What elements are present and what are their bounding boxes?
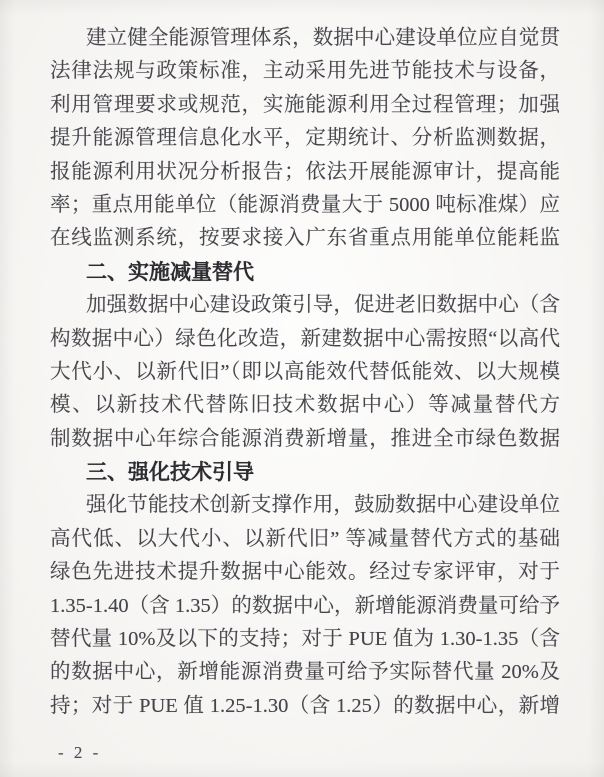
text-line: 高代低、以大代小、以新代旧” 等减量替代方式的基础上，采用 xyxy=(50,523,560,556)
text-line: 替代量 10%及以下的支持；对于 PUE 值为 1.30-1.35（含 1.30… xyxy=(50,623,560,656)
text-line: 1.35-1.40（含 1.35）的数据中心，新增能源消费量可给予实际 xyxy=(50,590,560,623)
text-line: 绿色先进技术提升数据中心能效。经过专家评审，对于 PUE 值为 xyxy=(50,556,560,589)
text-line: 大代小、以新代旧”（即以高能效代替低能效、以大规模代替小规 xyxy=(50,356,560,389)
section-heading: 三、强化技术引导 xyxy=(50,456,560,489)
text-line: 强化节能技术创新支撑作用，鼓励数据中心建设单位在“以 xyxy=(50,489,560,522)
page-number: - 2 - xyxy=(58,743,101,763)
text-line: 利用管理要求或规范，实施能源利用全过程管理；加强节能管理， xyxy=(50,89,560,122)
text-line: 模、以新技术代替陈旧技术数据中心）等减量替代方式，严格控 xyxy=(50,389,560,422)
text-line: 加强数据中心建设政策引导，促进老旧数据中心（含公共机 xyxy=(50,289,560,322)
text-line: 持；对于 PUE 值 1.25-1.30（含 1.25）的数据中心，新增能源消 xyxy=(50,690,560,723)
text-line: 报能源利用状况分析报告；依法开展能源审计，提高能源利用效 xyxy=(50,156,560,189)
text-line: 提升能源管理信息化水平，定期统计、分析监测数据，按季度上 xyxy=(50,122,560,155)
text-line: 法律法规与政策标准，主动采用先进节能技术与设备，制定能源 xyxy=(50,55,560,88)
text-line: 在线监测系统，按要求接入广东省重点用能单位能耗监测平台。 xyxy=(50,222,560,255)
text-line: 的数据中心，新增能源消费量可给予实际替代量 20%及以下的支 xyxy=(50,656,560,689)
text-line: 建立健全能源管理体系，数据中心建设单位应自觉贯彻节能 xyxy=(50,22,560,55)
text-line: 制数据中心年综合能源消费新增量，推进全市绿色数据中心建设。 xyxy=(50,423,560,456)
text-line: 率；重点用能单位（能源消费量大于 5000 吨标准煤）应建设能耗 xyxy=(50,189,560,222)
document-body: 建立健全能源管理体系，数据中心建设单位应自觉贯彻节能法律法规与政策标准，主动采用… xyxy=(50,22,560,723)
section-heading: 二、实施减量替代 xyxy=(50,256,560,289)
text-line: 构数据中心）绿色化改造，新建数据中心需按照“以高代低、以 xyxy=(50,323,560,356)
document-page: 建立健全能源管理体系，数据中心建设单位应自觉贯彻节能法律法规与政策标准，主动采用… xyxy=(0,0,604,777)
